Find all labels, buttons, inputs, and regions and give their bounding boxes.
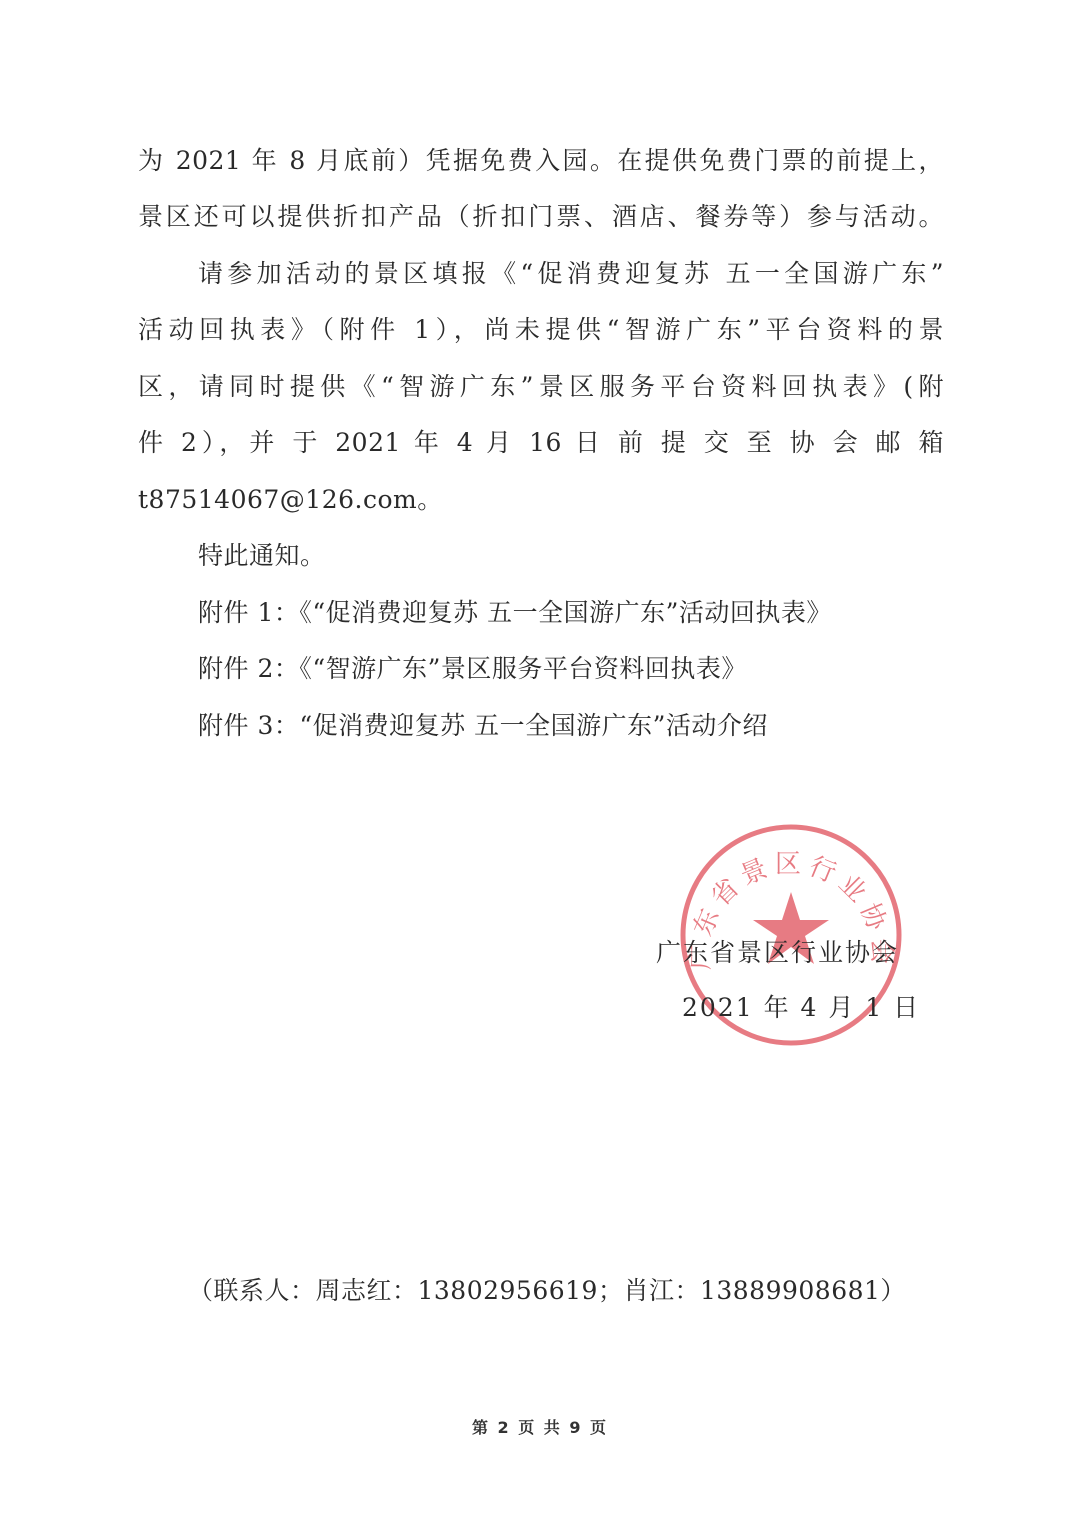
signature-organization: 广东省景区行业协会 <box>656 938 899 968</box>
body-line: 件 2），并 于 2021 年 4 月 16 日 前 提 交 至 协 会 邮 箱 <box>138 428 944 458</box>
body-line: 为 2021 年 8 月底前）凭据免费入园。在提供免费门票的前提上， <box>138 146 944 176</box>
contact-info: （联系人：周志红：13802956619；肖江：13889908681） <box>188 1276 906 1306</box>
email-address: t87514067@126.com。 <box>138 485 944 515</box>
body-line: 景区还可以提供折扣产品（折扣门票、酒店、餐券等）参与活动。 <box>138 202 944 232</box>
attachment-3: 附件 3：“促消费迎复苏 五一全国游广东”活动介绍 <box>198 711 944 741</box>
attachment-2: 附件 2：《“智游广东”景区服务平台资料回执表》 <box>198 654 944 684</box>
body-line: 请参加活动的景区填报《“促消费迎复苏 五一全国游广东” <box>198 259 944 289</box>
attachment-1: 附件 1：《“促消费迎复苏 五一全国游广东”活动回执表》 <box>198 598 944 628</box>
signature-date: 2021 年 4 月 1 日 <box>682 993 920 1023</box>
page-indicator: 第 2 页 共 9 页 <box>0 1415 1080 1438</box>
body-line: 活动回执表》（附件 1），尚未提供“智游广东”平台资料的景 <box>138 315 944 345</box>
body-line: 区，请同时提供《“智游广东”景区服务平台资料回执表》(附 <box>138 372 944 402</box>
closing-remark: 特此通知。 <box>198 541 944 571</box>
